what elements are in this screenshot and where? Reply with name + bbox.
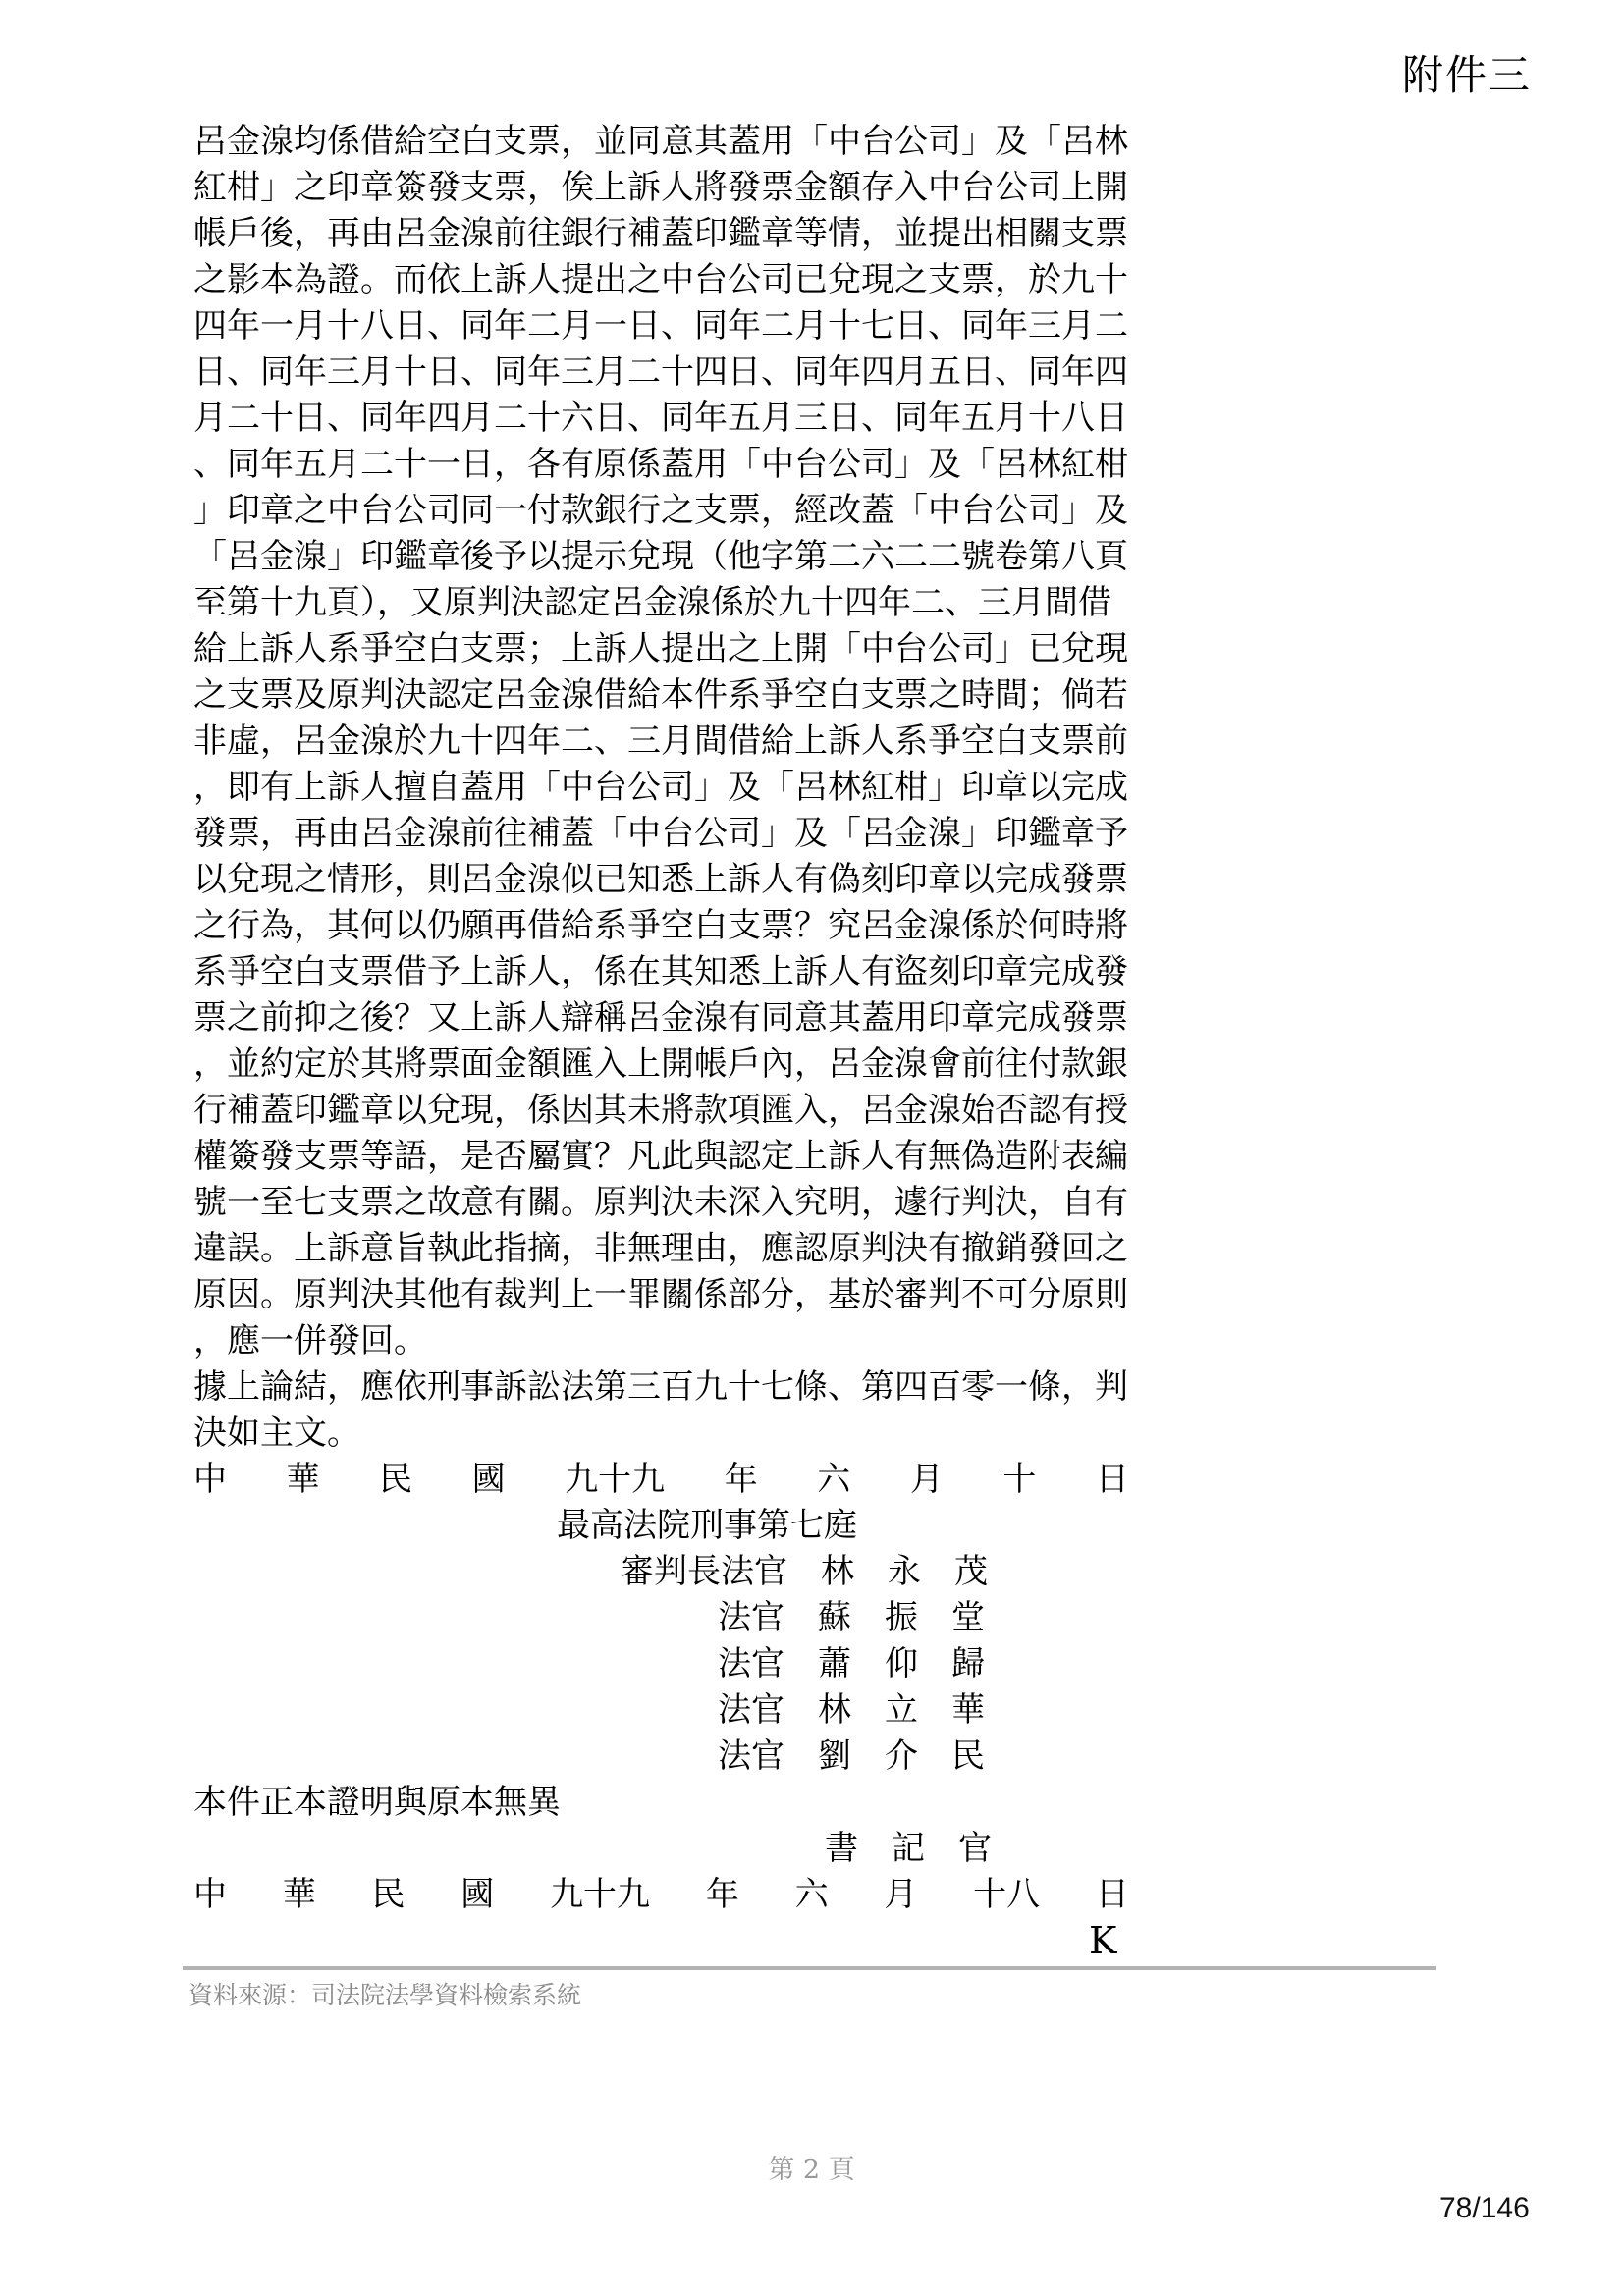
court-name: 最高法院刑事第七庭	[557, 1503, 1129, 1549]
date-segment: 日	[1096, 1872, 1129, 1918]
body-text-line: 發票，再由呂金湶前往補蓋「中台公司」及「呂金湶」印鑑章予	[193, 811, 1129, 857]
document-body: 呂金湶均係借給空白支票，並同意其蓋用「中台公司」及「呂林紅柑」之印章簽發支票，俟…	[193, 119, 1129, 1964]
body-text-line: 紅柑」之印章簽發支票，俟上訴人將發票金額存入中台公司上開	[193, 165, 1129, 211]
source-note: 資料來源：司法院法學資料檢索系統	[189, 1976, 581, 2011]
date-segment: 中	[193, 1457, 227, 1503]
clerk-label: 書 記 官	[825, 1826, 1129, 1872]
body-text-line: 給上訴人系爭空白支票；上訴人提出之上開「中台公司」已兌現	[193, 626, 1129, 672]
body-text-line: 票之前抑之後？又上訴人辯稱呂金湶有同意其蓋用印章完成發票	[193, 995, 1129, 1041]
body-text-line: 」印章之中台公司同一付款銀行之支票，經改蓋「中台公司」及	[193, 488, 1129, 534]
body-text-line: 以兌現之情形，則呂金湶似已知悉上訴人有偽刻印章以完成發票	[193, 857, 1129, 903]
date-segment: 月	[884, 1872, 917, 1918]
date-segment: 九十九	[550, 1872, 650, 1918]
body-text-line: 號一至七支票之故意有關。原判決未深入究明，遽行判決，自有	[193, 1180, 1129, 1226]
body-text-line: 之影本為證。而依上訴人提出之中台公司已兌現之支票，於九十	[193, 257, 1129, 303]
body-text-line: 行補蓋印鑑章以兌現，係因其未將款項匯入，呂金湶始否認有授	[193, 1088, 1129, 1134]
body-text-line: ，即有上訴人擅自蓋用「中台公司」及「呂林紅柑」印章以完成	[193, 765, 1129, 811]
body-text-line: 日、同年三月十日、同年三月二十四日、同年四月五日、同年四	[193, 349, 1129, 396]
date-segment: 年	[725, 1457, 758, 1503]
date-line-judgment: 中華民國九十九年六月十日	[193, 1457, 1129, 1503]
body-text-line: 呂金湶均係借給空白支票，並同意其蓋用「中台公司」及「呂林	[193, 119, 1129, 165]
date-segment: 十八	[973, 1872, 1040, 1918]
body-text-line: 原因。原判決其他有裁判上一罪關係部分，基於審判不可分原則	[193, 1272, 1129, 1318]
date-segment: 十	[1002, 1457, 1036, 1503]
judge-line: 法官 林 立 華	[718, 1687, 1129, 1734]
date-segment: 民	[379, 1457, 412, 1503]
body-text-line: 「呂金湶」印鑑章後予以提示兌現（他字第二六二二號卷第八頁	[193, 534, 1129, 580]
date-segment: 民	[372, 1872, 406, 1918]
date-segment: 六	[817, 1457, 850, 1503]
body-text-line: 至第十九頁），又原判決認定呂金湶係於九十四年二、三月間借	[193, 580, 1129, 626]
certification-note: 本件正本證明與原本無異	[193, 1780, 1129, 1826]
body-text-line: 月二十日、同年四月二十六日、同年五月三日、同年五月十八日	[193, 396, 1129, 442]
date-segment: 六	[795, 1872, 829, 1918]
body-text-line: 四年一月十八日、同年二月一日、同年二月十七日、同年三月二	[193, 303, 1129, 349]
body-text-line: 非虛，呂金湶於九十四年二、三月間借給上訴人系爭空白支票前	[193, 719, 1129, 765]
date-segment: 國	[460, 1872, 494, 1918]
document-page: 附件三 呂金湶均係借給空白支票，並同意其蓋用「中台公司」及「呂林紅柑」之印章簽發…	[0, 0, 1623, 2296]
date-segment: 華	[287, 1457, 320, 1503]
date-segment: 年	[706, 1872, 739, 1918]
date-segment: 中	[193, 1872, 227, 1918]
date-segment: 國	[472, 1457, 506, 1503]
date-line-service: 中華民國九十九年六月十八日	[193, 1872, 1129, 1918]
body-text-line: 之支票及原判決認定呂金湶借給本件系爭空白支票之時間；倘若	[193, 672, 1129, 719]
body-text-line: 據上論結，應依刑事訴訟法第三百九十七條、第四百零一條，判	[193, 1364, 1129, 1411]
annex-label: 附件三	[1402, 43, 1532, 102]
body-text-line: 違誤。上訴意旨執此指摘，非無理由，應認原判決有撤銷發回之	[193, 1226, 1129, 1272]
judge-line-presiding: 審判長法官 林 永 茂	[621, 1549, 1129, 1595]
body-text-line: 之行為，其何以仍願再借給系爭空白支票？究呂金湶係於何時將	[193, 903, 1129, 949]
body-text-line: 系爭空白支票借予上訴人，係在其知悉上訴人有盜刻印章完成發	[193, 949, 1129, 995]
body-paragraph: 呂金湶均係借給空白支票，並同意其蓋用「中台公司」及「呂林紅柑」之印章簽發支票，俟…	[193, 119, 1129, 1457]
page-number: 第 2 頁	[0, 2148, 1623, 2186]
body-text-line: 權簽發支票等語，是否屬實？凡此與認定上訴人有無偽造附表編	[193, 1134, 1129, 1180]
page-counter: 78/146	[1439, 2192, 1530, 2225]
body-text-line: ，並約定於其將票面金額匯入上開帳戶內，呂金湶會前往付款銀	[193, 1041, 1129, 1088]
proofreader-mark: K	[1089, 1918, 1129, 1964]
body-text-line: ，應一併發回。	[193, 1318, 1129, 1364]
body-text-line: 、同年五月二十一日，各有原係蓋用「中台公司」及「呂林紅柑	[193, 442, 1129, 488]
body-text-line: 決如主文。	[193, 1411, 1129, 1457]
judge-line: 法官 劉 介 民	[718, 1734, 1129, 1780]
date-segment: 華	[283, 1872, 316, 1918]
judge-line: 法官 蘇 振 堂	[718, 1595, 1129, 1641]
body-text-line: 帳戶後，再由呂金湶前往銀行補蓋印鑑章等情，並提出相關支票	[193, 211, 1129, 257]
date-segment: 日	[1096, 1457, 1129, 1503]
date-segment: 月	[910, 1457, 944, 1503]
date-segment: 九十九	[565, 1457, 665, 1503]
footer-divider	[183, 1966, 1436, 1970]
judge-line: 法官 蕭 仰 歸	[718, 1641, 1129, 1687]
